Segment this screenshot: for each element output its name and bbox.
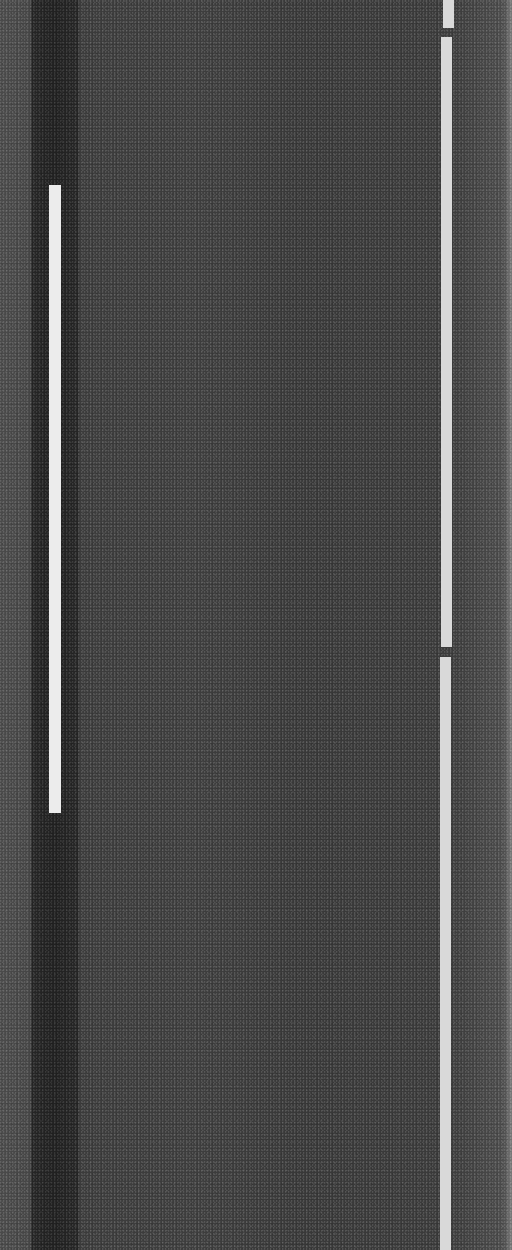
right-road-edge [506,0,512,1250]
road-surface [0,0,512,1250]
lane-dash-2 [441,37,452,647]
left-edge-line [49,185,61,813]
lane-dash-3 [440,657,451,1250]
lane-dash-1 [443,0,454,28]
